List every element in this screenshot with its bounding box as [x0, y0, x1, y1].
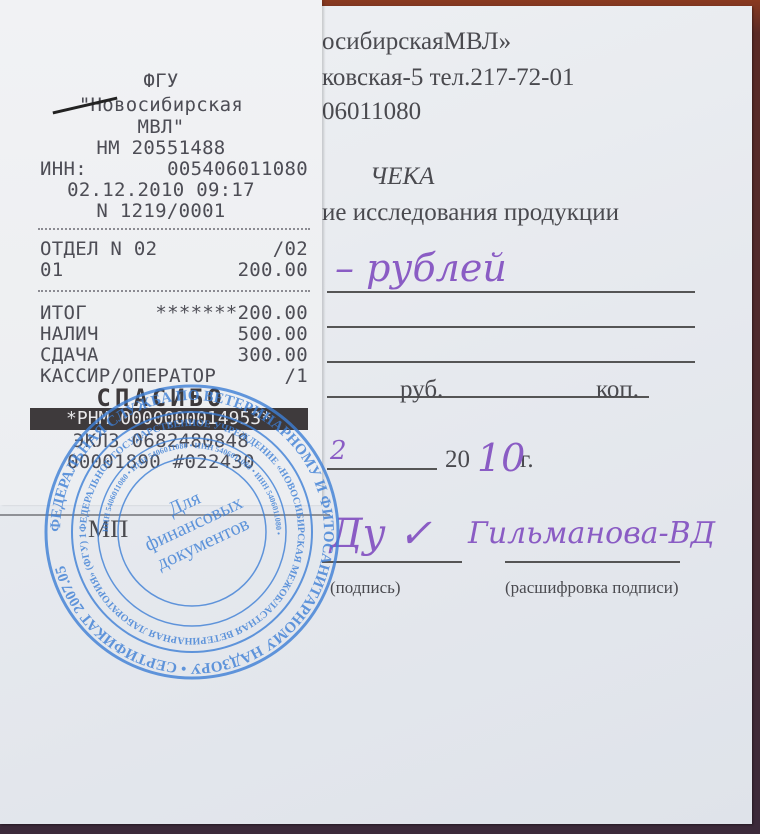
receipt-item-qty: 01 [40, 259, 63, 281]
receipt-cash-amount: 500.00 [238, 323, 308, 345]
receipt-divider [38, 290, 310, 292]
form-purpose: ие исследования продукции [322, 199, 619, 227]
receipt-department-code: /02 [273, 238, 308, 260]
receipt-inn-label: ИНН: [40, 158, 87, 180]
organization-stamp-icon: ФЕДЕРАЛЬНАЯ СЛУЖБА ПО ВЕТЕРИНАРНОМУ И ФИ… [22, 380, 362, 685]
receipt-inn-row: ИНН: 005406011080 [40, 158, 308, 180]
receipt-total-stars: ******* [155, 302, 237, 324]
handwritten-signature-decoded: Гильманова-ВД [468, 516, 715, 551]
receipt-total-label: ИТОГ [40, 302, 87, 324]
receipt-department-label: ОТДЕЛ N 02 [40, 238, 157, 260]
receipt-org-line-2: "Новосибирская [0, 94, 322, 116]
receipt-doc-number: N 1219/0001 [0, 200, 322, 222]
signature-decoding-line [505, 561, 680, 563]
receipt-datetime: 02.12.2010 09:17 [0, 179, 322, 201]
receipt-org-line-3: МВЛ" [0, 116, 322, 138]
form-title: ЧЕКА [370, 163, 434, 191]
handwritten-amount-words: – рублей [335, 246, 507, 290]
org-name: осибирскаяМВЛ» [322, 28, 511, 56]
year-prefix: 20 [445, 446, 470, 474]
receipt-change-row: СДАЧА 300.00 [40, 344, 308, 366]
receipt-item-row: 01 200.00 [40, 259, 308, 281]
org-inn: 06011080 [322, 98, 421, 126]
rub-label: руб. [400, 376, 443, 404]
amount-line-2 [327, 326, 695, 328]
receipt-inn-value: 005406011080 [167, 158, 308, 180]
org-address: ковская-5 тел.217-72-01 [322, 64, 574, 92]
kop-label: коп. [596, 376, 639, 404]
receipt-cash-label: НАЛИЧ [40, 323, 99, 345]
receipt-divider [38, 228, 310, 230]
receipt-org-line-1: ФГУ [0, 70, 322, 92]
amount-line-3 [327, 361, 695, 363]
receipt-change-label: СДАЧА [40, 344, 99, 366]
receipt-nm: НМ 20551488 [0, 137, 322, 159]
signature-decoding-label: (расшифровка подписи) [505, 578, 679, 598]
receipt-cash-row: НАЛИЧ 500.00 [40, 323, 308, 345]
receipt-total-amount: 200.00 [238, 302, 308, 324]
receipt-total-row: ИТОГ *******200.00 [40, 302, 308, 324]
receipt-change-amount: 300.00 [238, 344, 308, 366]
handwritten-year-digits: 10 [477, 436, 525, 480]
receipt-item-amount: 200.00 [238, 259, 308, 281]
receipt-department-row: ОТДЕЛ N 02 /02 [40, 238, 308, 260]
amount-line-1 [327, 291, 695, 293]
